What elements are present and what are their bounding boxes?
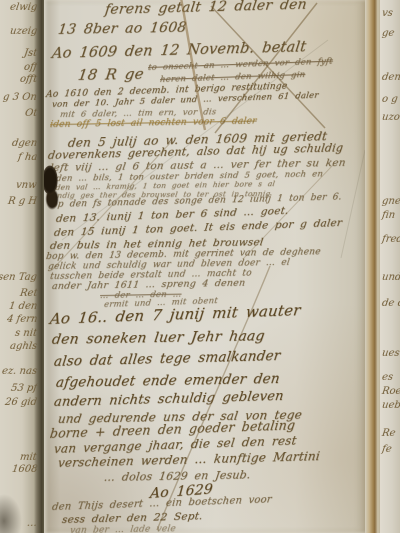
text-fragment: gnet [381,196,400,207]
text-fragment: Roe [381,386,400,397]
text-fragment: g 3 On [2,92,37,103]
text-fragment: de o [381,298,400,309]
text-fragment: ueb [381,400,400,411]
text-fragment: fin [381,210,396,221]
text-fragment: Re [381,428,396,439]
text-fragment: o g [381,94,398,105]
text-fragment: es [381,372,394,383]
manuscript-page: ferens getalt 12 daler den 13 8ber ao 16… [44,0,366,533]
text-fragment: 4 fern [6,314,38,325]
text-fragment: fred [381,234,400,245]
text-fragment: 26 gid [4,397,37,408]
text-fragment: den [381,72,400,83]
text-fragment: ge [381,28,395,39]
next-page-edge: vs ge den o g uzo gnet fin fred und de o… [380,0,400,533]
text-fragment: fe [381,444,392,455]
text-fragment: und [381,272,400,283]
manuscript-photo: elwig uzeig Jst off offt g 3 On Ot dgen … [0,0,400,533]
pen-strokes [44,0,366,533]
text-fragment: sen Tag [0,272,38,283]
text-fragment: ez. nas [1,366,38,377]
text-fragment: uzo [381,112,400,123]
text-fragment: vs [381,8,393,19]
text-fragment: ues [381,348,400,359]
shadow-corner [0,479,32,533]
